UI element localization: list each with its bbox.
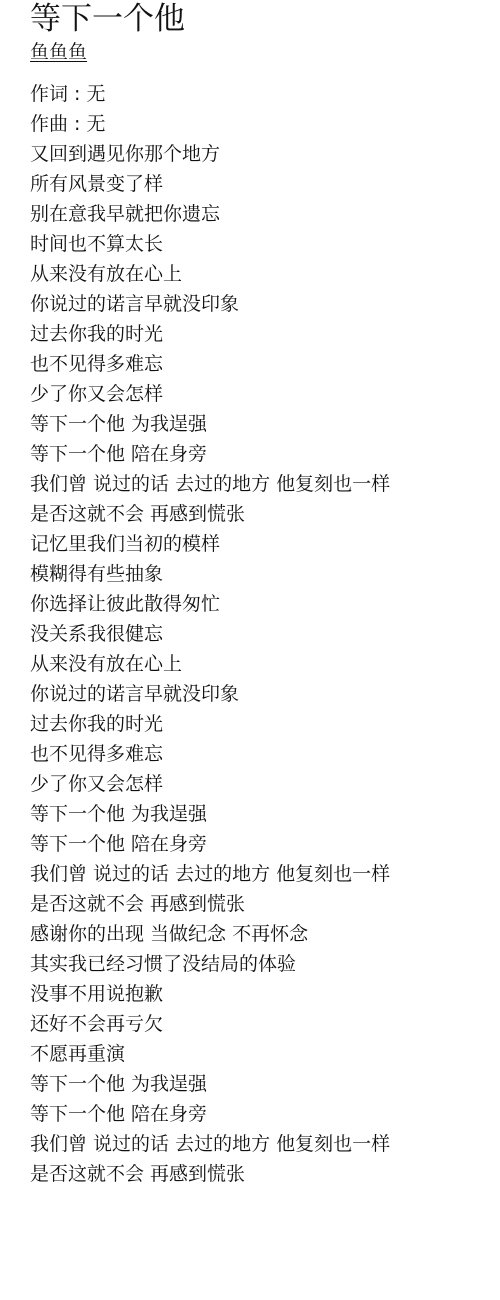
lyric-line: 你选择让彼此散得匆忙 xyxy=(30,589,500,619)
lyrics-body: 作词 : 无 作曲 : 无 又回到遇见你那个地方 所有风景变了样 别在意我早就把… xyxy=(30,79,500,1189)
lyric-line: 也不见得多难忘 xyxy=(30,349,500,379)
lyric-line: 没事不用说抱歉 xyxy=(30,979,500,1009)
lyric-line: 也不见得多难忘 xyxy=(30,739,500,769)
lyric-line: 你说过的诺言早就没印象 xyxy=(30,679,500,709)
lyric-line: 等下一个他 为我逞强 xyxy=(30,1069,500,1099)
lyric-line: 没关系我很健忘 xyxy=(30,619,500,649)
lyric-line: 等下一个他 陪在身旁 xyxy=(30,829,500,859)
lyric-line: 别在意我早就把你遗忘 xyxy=(30,199,500,229)
lyric-line: 作曲 : 无 xyxy=(30,109,500,139)
lyric-line: 是否这就不会 再感到慌张 xyxy=(30,1159,500,1189)
lyric-line: 还好不会再亏欠 xyxy=(30,1009,500,1039)
lyric-line: 少了你又会怎样 xyxy=(30,769,500,799)
lyric-line: 记忆里我们当初的模样 xyxy=(30,529,500,559)
lyric-line: 我们曾 说过的话 去过的地方 他复刻也一样 xyxy=(30,1129,500,1159)
lyric-line: 其实我已经习惯了没结局的体验 xyxy=(30,949,500,979)
lyric-line: 过去你我的时光 xyxy=(30,709,500,739)
lyric-line: 感谢你的出现 当做纪念 不再怀念 xyxy=(30,919,500,949)
lyric-line: 过去你我的时光 xyxy=(30,319,500,349)
lyric-line: 又回到遇见你那个地方 xyxy=(30,139,500,169)
lyric-line: 我们曾 说过的话 去过的地方 他复刻也一样 xyxy=(30,469,500,499)
lyric-line: 不愿再重演 xyxy=(30,1039,500,1069)
lyric-line: 是否这就不会 再感到慌张 xyxy=(30,889,500,919)
lyric-line: 我们曾 说过的话 去过的地方 他复刻也一样 xyxy=(30,859,500,889)
lyric-line: 模糊得有些抽象 xyxy=(30,559,500,589)
lyric-line: 时间也不算太长 xyxy=(30,229,500,259)
lyric-line: 等下一个他 为我逞强 xyxy=(30,799,500,829)
lyric-line: 从来没有放在心上 xyxy=(30,259,500,289)
lyric-line: 等下一个他 为我逞强 xyxy=(30,409,500,439)
lyrics-page: 等下一个他 鱼鱼鱼 作词 : 无 作曲 : 无 又回到遇见你那个地方 所有风景变… xyxy=(0,0,500,1189)
song-title: 等下一个他 xyxy=(30,0,500,38)
lyric-line: 是否这就不会 再感到慌张 xyxy=(30,499,500,529)
lyric-line: 作词 : 无 xyxy=(30,79,500,109)
artist-link[interactable]: 鱼鱼鱼 xyxy=(30,39,87,65)
lyric-line: 所有风景变了样 xyxy=(30,169,500,199)
lyric-line: 少了你又会怎样 xyxy=(30,379,500,409)
lyric-line: 你说过的诺言早就没印象 xyxy=(30,289,500,319)
lyric-line: 从来没有放在心上 xyxy=(30,649,500,679)
lyric-line: 等下一个他 陪在身旁 xyxy=(30,1099,500,1129)
lyric-line: 等下一个他 陪在身旁 xyxy=(30,439,500,469)
